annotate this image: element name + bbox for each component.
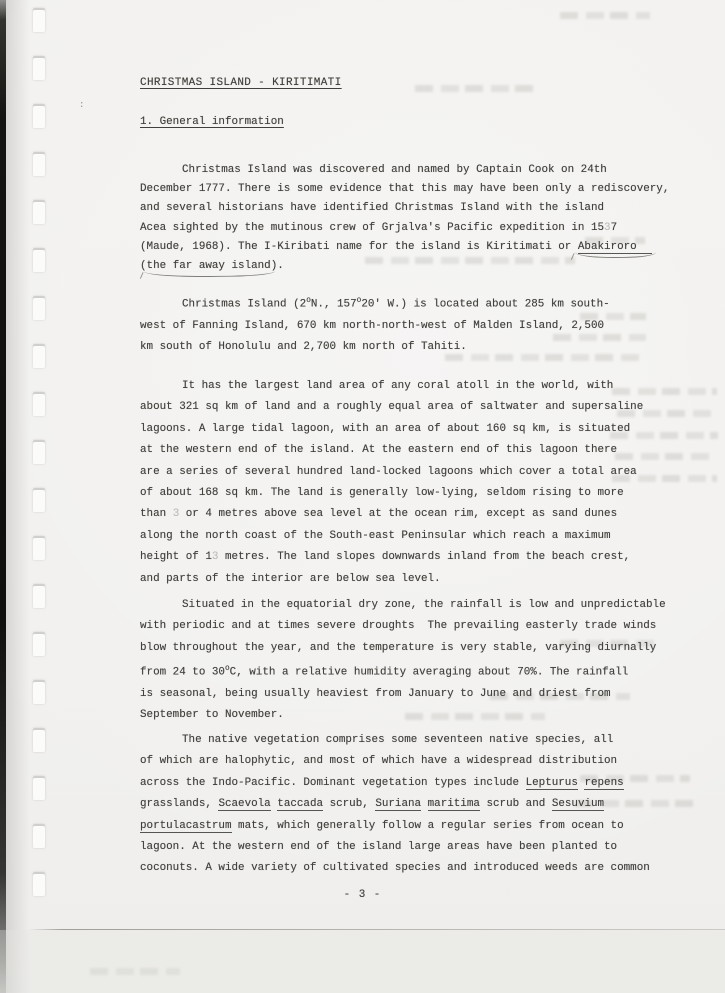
punch-hole-shadow: [33, 488, 45, 512]
underlined-term: Lepturus: [526, 777, 578, 790]
punch-hole-shadow: [33, 632, 45, 656]
text-line: Acea sighted by the mutinous crew of Grj…: [140, 219, 685, 238]
section-heading: 1. General information: [140, 116, 284, 128]
underlined-term: portulacastrum: [140, 820, 232, 833]
paragraph-3: It has the largest land area of any cora…: [140, 376, 685, 590]
punch-hole-shadow: [33, 776, 45, 800]
punch-hole-shadow: [33, 296, 45, 320]
paragraph-5: The native vegetation comprises some sev…: [140, 730, 685, 880]
paragraph-4: Situated in the equatorial dry zone, the…: [140, 595, 685, 727]
paragraph-2: Christmas Island (2oN., 157o20' W.) is l…: [140, 291, 685, 359]
bleed-through-mark: [90, 968, 180, 975]
underlined-term: taccada: [277, 798, 323, 811]
superscript-degree: o: [306, 297, 311, 305]
text-line: and parts of the interior are below sea …: [140, 569, 685, 590]
text-line: It has the largest land area of any cora…: [140, 376, 685, 397]
text-line: Christmas Island was discovered and name…: [140, 161, 685, 180]
underlined-term: Sesuvium: [552, 798, 604, 811]
punch-hole-shadow: [33, 728, 45, 752]
punch-hole-shadow: [33, 200, 45, 224]
text-line: December 1777. There is some evidence th…: [140, 180, 685, 199]
page-number: - 3 -: [0, 889, 725, 901]
punch-hole-shadow: [33, 248, 45, 272]
underlined-term: Abakiroro: [578, 241, 652, 254]
text-line: of about 168 sq km. The land is generall…: [140, 483, 685, 504]
text-line: from 24 to 30oC, with a relative humidit…: [140, 659, 685, 684]
punch-hole-shadow: [33, 824, 45, 848]
text-line: across the Indo-Pacific. Dominant vegeta…: [140, 773, 685, 794]
text-line: are a series of several hundred land-loc…: [140, 462, 685, 483]
text-line: height of 13 metres. The land slopes dow…: [140, 547, 685, 568]
text-line: of which are halophytic, and most of whi…: [140, 751, 685, 772]
punch-hole-shadow: [33, 104, 45, 128]
bleed-through-mark: [415, 85, 535, 92]
punch-hole-shadow: [33, 536, 45, 560]
text-line: and several historians have identified C…: [140, 199, 685, 218]
punch-hole-shadow: [33, 680, 45, 704]
scanner-edge-shadow: [6, 0, 30, 993]
underlined-term: maritima: [428, 798, 480, 811]
faded-character: 3: [212, 551, 219, 563]
punch-hole-shadow: [33, 392, 45, 416]
punch-hole-shadow: [33, 440, 45, 464]
text-line: lagoons. A large tidal lagoon, with an a…: [140, 419, 685, 440]
punch-hole-shadow: [33, 8, 45, 32]
paragraph-1: Christmas Island was discovered and name…: [140, 161, 685, 276]
text-line: Christmas Island (2oN., 157o20' W.) is l…: [140, 291, 685, 316]
text-line: west of Fanning Island, 670 km north-nor…: [140, 316, 685, 338]
bleed-through-mark: [560, 12, 650, 19]
punch-hole-shadow: [33, 344, 45, 368]
text-line: with periodic and at times severe drough…: [140, 616, 685, 637]
faded-character: 3: [173, 508, 180, 520]
superscript-degree: o: [225, 665, 230, 673]
margin-artifact: :: [79, 100, 84, 110]
text-line: at the western end of the island. At the…: [140, 440, 685, 461]
text-line: portulacastrum mats, which generally fol…: [140, 816, 685, 837]
text-line: The native vegetation comprises some sev…: [140, 730, 685, 751]
punch-hole-shadow: [33, 56, 45, 80]
text-line: is seasonal, being usually heaviest from…: [140, 684, 685, 705]
underlined-term: Scaevola: [218, 798, 270, 811]
underlined-term: Suriana: [375, 798, 421, 811]
document-title: CHRISTMAS ISLAND - KIRITIMATI: [140, 77, 342, 89]
text-line: blow throughout the year, and the temper…: [140, 638, 685, 659]
text-line: (Maude, 1968). The I-Kiribati name for t…: [140, 238, 685, 257]
text-line: about 321 sq km of land and a roughly eq…: [140, 397, 685, 418]
text-line: lagoon. At the western end of the island…: [140, 837, 685, 858]
text-line: km south of Honolulu and 2,700 km north …: [140, 337, 685, 359]
text-line: along the north coast of the South-east …: [140, 526, 685, 547]
page-bottom-strip: [0, 930, 725, 993]
punch-hole-shadow: [33, 584, 45, 608]
faded-character: 3: [604, 222, 611, 234]
underlined-term: the far away island: [147, 260, 271, 272]
superscript-degree: o: [357, 297, 362, 305]
text-line: grasslands, Scaevola taccada scrub, Suri…: [140, 794, 685, 815]
underlined-term: repens: [584, 777, 623, 790]
text-line: September to November.: [140, 705, 685, 726]
text-line: Situated in the equatorial dry zone, the…: [140, 595, 685, 616]
punch-hole-shadow: [33, 152, 45, 176]
text-line: than 3 or 4 metres above sea level at th…: [140, 504, 685, 525]
text-line: coconuts. A wide variety of cultivated s…: [140, 858, 685, 879]
text-line: (the far away island).: [140, 257, 685, 276]
scanned-document-page: : CHRISTMAS ISLAND - KIRITIMATI 1. Gener…: [0, 0, 725, 993]
